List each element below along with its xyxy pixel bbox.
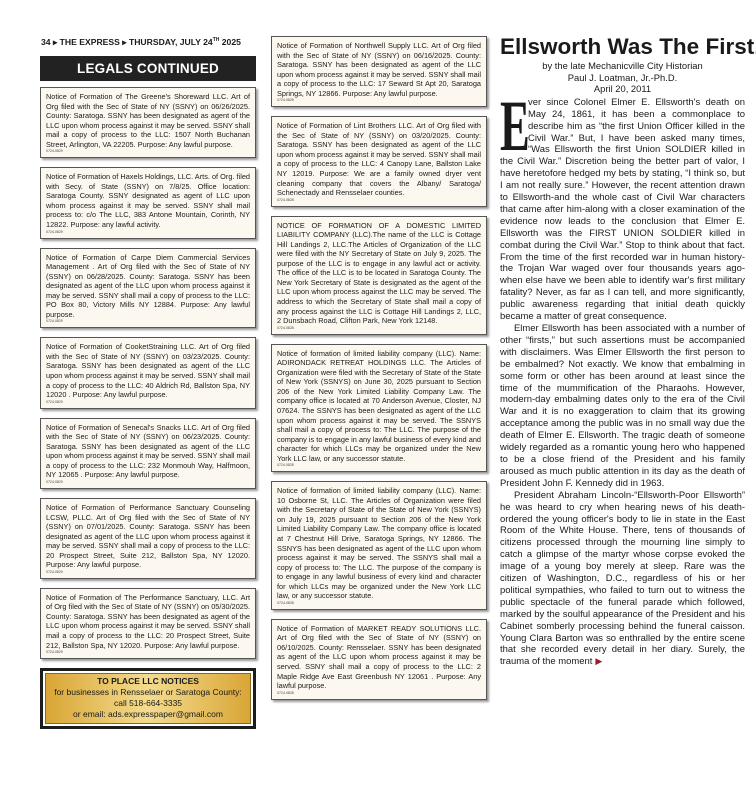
- notice-ref-code: 0724-0828: [277, 198, 481, 203]
- notice-ref-code: 0724-0829: [46, 570, 250, 575]
- article-paragraph: Ever since Colonel Elmer E. Ellsworth's …: [500, 97, 745, 323]
- legal-notice: Notice of Formation of Carpe Diem Commer…: [40, 248, 256, 329]
- notice-ref-code: 0724-0829: [46, 400, 250, 405]
- notice-ref-code: 0724-0829: [46, 230, 250, 235]
- legal-notice: Notice of Formation of Lint Brothers LLC…: [271, 116, 487, 206]
- publication-name: THE EXPRESS: [60, 37, 120, 47]
- ad-content: TO PLACE LLC NOTICES for businesses in R…: [45, 673, 251, 724]
- notice-ref-code: 0724-0828: [277, 601, 481, 606]
- notice-ref-code: 0724-0829: [46, 480, 250, 485]
- legal-notice: Notice of Formation of CooketStraining L…: [40, 337, 256, 408]
- article-paragraph: President Abraham Lincoln-“Ellsworth-Poo…: [500, 490, 745, 669]
- notice-ref-code: 0724-0828: [277, 98, 481, 103]
- ad-line: for businesses in Rensselaer or Saratoga…: [46, 687, 250, 698]
- article-byline: by the late Mechanicville City Historian: [500, 60, 745, 72]
- ad-email: or email: ads.expresspaper@gmail.com: [46, 709, 250, 720]
- notice-ref-code: 0724-0828: [277, 691, 481, 696]
- separator-icon: ▸: [53, 37, 57, 47]
- legal-notice: Notice of formation of limited liability…: [271, 344, 487, 473]
- legal-notice: Notice of Formation of Performance Sanct…: [40, 498, 256, 579]
- legal-notice: Notice of Formation of MARKET READY SOLU…: [271, 619, 487, 700]
- issue-date: THURSDAY, JULY 24TH 2025: [129, 37, 241, 47]
- separator-icon: ▸: [122, 37, 126, 47]
- page-header: 34 ▸ THE EXPRESS ▸ THURSDAY, JULY 24TH 2…: [41, 37, 241, 48]
- article-date: April 20, 2011: [500, 83, 745, 95]
- legals-left-column: LEGALS CONTINUED Notice of Formation of …: [40, 56, 256, 729]
- ad-phone: call 518-664-3335: [46, 698, 250, 709]
- notice-ref-code: 0724-0829: [46, 650, 250, 655]
- article-title: Ellsworth Was The First...: [500, 35, 745, 59]
- place-notices-ad: TO PLACE LLC NOTICES for businesses in R…: [40, 668, 256, 729]
- notice-ref-code: 0724-0829: [46, 149, 250, 154]
- legal-notice: Notice of Formation of Northwell Supply …: [271, 36, 487, 107]
- legal-notice: Notice of Formation of Haxels Holdings, …: [40, 167, 256, 238]
- notice-ref-code: 0724-0829: [46, 319, 250, 324]
- notice-ref-code: 0724-0828: [277, 326, 481, 331]
- notice-ref-code: 0724-0828: [277, 463, 481, 468]
- legal-notice: NOTICE OF FORMATION OF A DOMESTIC LIMITE…: [271, 216, 487, 335]
- continue-arrow-icon: ▶: [595, 656, 602, 666]
- legal-notice: Notice of Formation of Senecal's Snacks …: [40, 418, 256, 489]
- ad-title: TO PLACE LLC NOTICES: [46, 676, 250, 687]
- article-body: Ever since Colonel Elmer E. Ellsworth's …: [500, 97, 745, 669]
- section-banner: LEGALS CONTINUED: [40, 56, 256, 81]
- page-number: 34: [41, 37, 51, 47]
- article-column: Ellsworth Was The First... by the late M…: [500, 35, 745, 668]
- article-paragraph: Elmer Ellsworth has been associated with…: [500, 323, 745, 490]
- legal-notice: Notice of Formation of The Performance S…: [40, 588, 256, 659]
- legals-middle-column: Notice of Formation of Northwell Supply …: [271, 36, 487, 709]
- dropcap-letter: E: [500, 98, 515, 156]
- legal-notice: Notice of Formation of The Greene's Shor…: [40, 87, 256, 158]
- legal-notice: Notice of formation of limited liability…: [271, 481, 487, 610]
- article-author: Paul J. Loatman, Jr.-Ph.D.: [500, 72, 745, 84]
